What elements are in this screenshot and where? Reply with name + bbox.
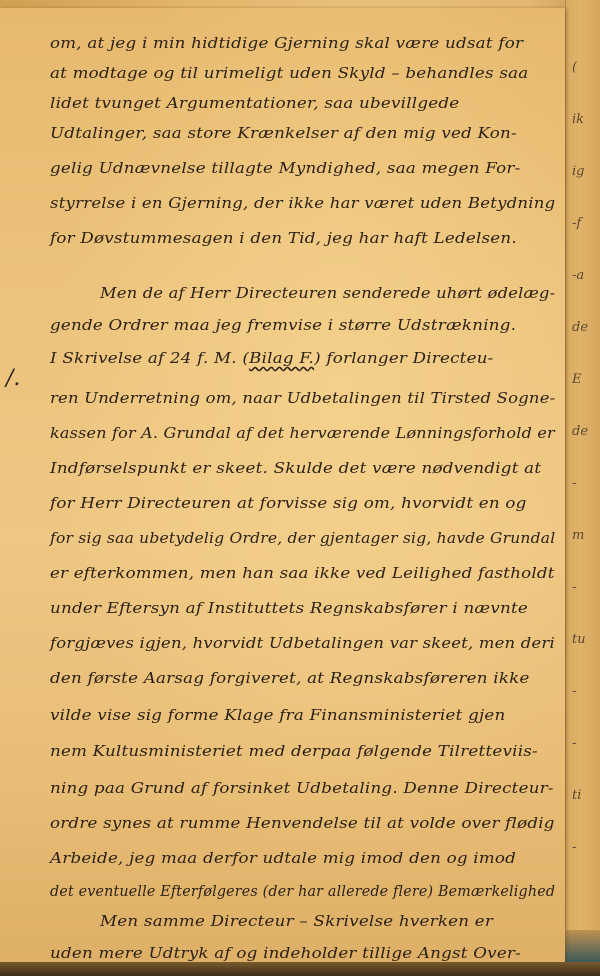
facing-page-fragment: - xyxy=(572,580,576,595)
manuscript-line: under Eftersyn af Instituttets Regnskabs… xyxy=(50,601,528,617)
facing-page-fragment: -f xyxy=(572,216,581,231)
manuscript-line: forgjæves igjen, hvorvidt Udbetalingen v… xyxy=(50,636,555,652)
manuscript-line: Men samme Directeur – Skrivelse hverken … xyxy=(100,914,493,930)
manuscript-line: for Døvstummesagen i den Tid, jeg har ha… xyxy=(50,231,517,247)
facing-page-fragment: E xyxy=(572,372,582,387)
manuscript-line: for Herr Directeuren at forvisse sig om,… xyxy=(50,496,527,512)
bilag-annotation: Bilag F. xyxy=(249,351,314,367)
manuscript-line: Men de af Herr Directeuren senderede uhø… xyxy=(100,286,555,302)
manuscript-line: det eventuelle Efterfølgeres (der har al… xyxy=(50,884,555,900)
manuscript-line: kassen for A. Grundal af det herværende … xyxy=(50,426,555,442)
manuscript-line: den første Aarsag forgiveret, at Regnska… xyxy=(50,671,530,687)
facing-page-fragment: - xyxy=(572,684,576,699)
facing-page-fragment: ik xyxy=(572,112,584,127)
facing-page-fragment: m xyxy=(572,528,584,543)
manuscript-line: I Skrivelse af 24 f. M. (Bilag F.) forla… xyxy=(50,351,494,367)
manuscript-line: gende Ordrer maa jeg fremvise i større U… xyxy=(50,318,516,334)
facing-page-fragment: de xyxy=(572,424,588,439)
manuscript-line: ordre synes at rumme Henvendelse til at … xyxy=(50,816,555,832)
facing-page-edge: (ikig-f-adeEde-m-tu--ti- xyxy=(565,0,600,976)
facing-page-fragment: de xyxy=(572,320,588,335)
manuscript-line: Arbeide, jeg maa derfor udtale mig imod … xyxy=(50,851,516,867)
manuscript-line: om, at jeg i min hidtidige Gjerning skal… xyxy=(50,36,523,52)
manuscript-line: for sig saa ubetydelig Ordre, der gjenta… xyxy=(50,531,555,547)
facing-page-fragment: tu xyxy=(572,632,586,647)
manuscript-line: uden mere Udtryk af og indeholder tillig… xyxy=(50,946,521,962)
manuscript-line: nem Kultusministeriet med derpaa følgend… xyxy=(50,744,538,760)
facing-page-fragment: ig xyxy=(572,164,584,179)
facing-page-fragment: ( xyxy=(572,60,577,75)
manuscript-line: vilde vise sig forme Klage fra Finansmin… xyxy=(50,708,505,724)
bottom-shadow xyxy=(0,962,600,976)
manuscript-line: ning paa Grund af forsinket Udbetaling. … xyxy=(50,781,554,797)
facing-page-fragment: - xyxy=(572,476,576,491)
manuscript-line: Udtalinger, saa store Krænkelser af den … xyxy=(50,126,517,142)
manuscript-line: at modtage og til urimeligt uden Skyld –… xyxy=(50,66,528,82)
manuscript-line: lidet tvunget Argumentationer, saa ubevi… xyxy=(50,96,459,112)
manuscript-line: er efterkommen, men han saa ikke ved Lei… xyxy=(50,566,555,582)
facing-page-fragment: - xyxy=(572,736,576,751)
facing-page-fragment: ti xyxy=(572,788,581,803)
manuscript-line: Indførselspunkt er skeet. Skulde det vær… xyxy=(50,461,541,477)
manuscript-line: gelig Udnævnelse tillagte Myndighed, saa… xyxy=(50,161,520,177)
margin-mark: /. xyxy=(6,366,20,391)
manuscript-line: ren Underretning om, naar Udbetalingen t… xyxy=(50,391,555,407)
manuscript-line: styrrelse i en Gjerning, der ikke har væ… xyxy=(50,196,555,212)
facing-page-fragment: -a xyxy=(572,268,584,283)
manuscript-photo: (ikig-f-adeEde-m-tu--ti- /. om, at jeg i… xyxy=(0,0,600,976)
manuscript-page: /. om, at jeg i min hidtidige Gjerning s… xyxy=(0,8,565,970)
facing-page-fragment: - xyxy=(572,840,576,855)
